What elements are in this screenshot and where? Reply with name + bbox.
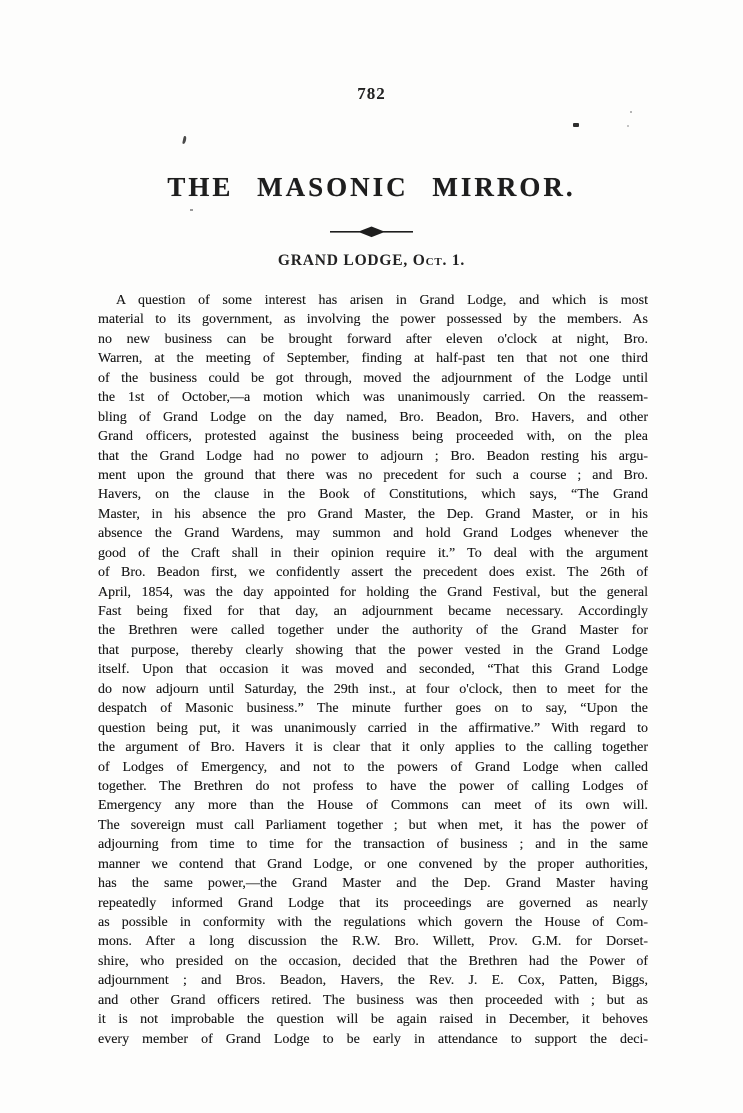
text-line: the argument of Bro. Havers it is clear … — [98, 738, 648, 757]
text-line: adjourning from time to time for the tra… — [98, 835, 648, 854]
text-line: absence the Grand Wardens, may summon an… — [98, 524, 648, 543]
text-line: April, 1854, was the day appointed for h… — [98, 583, 648, 602]
ink-speck — [573, 123, 579, 127]
text-line: that purpose, thereby clearly showing th… — [98, 641, 648, 660]
section-heading: GRAND LODGE, Oct. 1. — [0, 252, 743, 270]
text-line: repeatedly informed Grand Lodge that its… — [98, 894, 648, 913]
text-line: that the Grand Lodge had no power to adj… — [98, 447, 648, 466]
ink-speck — [190, 209, 193, 211]
text-line: together. The Brethren do not profess to… — [98, 777, 648, 796]
text-line: shire, who presided on the occasion, dec… — [98, 952, 648, 971]
ink-speck — [630, 111, 632, 113]
article-body: A question of some interest has arisen i… — [98, 291, 648, 1049]
text-line: Fast being fixed for that day, an adjour… — [98, 602, 648, 621]
text-line: Master, in his absence the pro Grand Mas… — [98, 505, 648, 524]
text-line: has the same power,—the Grand Master and… — [98, 874, 648, 893]
text-line: and other Grand officers retired. The bu… — [98, 991, 648, 1010]
ink-speck — [182, 136, 187, 144]
divider-ornament — [330, 226, 413, 238]
text-line: bling of Grand Lodge on the day named, B… — [98, 408, 648, 427]
text-line: it is not improbable the question will b… — [98, 1010, 648, 1029]
text-line: The sovereign must call Parliament toget… — [98, 816, 648, 835]
text-line: question being put, it was unanimously c… — [98, 719, 648, 738]
text-line: Havers, on the clause in the Book of Con… — [98, 485, 648, 504]
text-line: Emergency any more than the House of Com… — [98, 796, 648, 815]
text-line: manner we contend that Grand Lodge, or o… — [98, 855, 648, 874]
ink-speck — [627, 125, 629, 127]
text-line: of Bro. Beadon first, we confidently ass… — [98, 563, 648, 582]
text-line: the Brethren were called together under … — [98, 621, 648, 640]
publication-title: THE MASONIC MIRROR. — [0, 172, 743, 203]
text-line: the 1st of October,—a motion which was u… — [98, 388, 648, 407]
text-line: every member of Grand Lodge to be early … — [98, 1030, 648, 1049]
text-line: as possible in conformity with the regul… — [98, 913, 648, 932]
text-line: mons. After a long discussion the R.W. B… — [98, 932, 648, 951]
text-line: Grand officers, protested against the bu… — [98, 427, 648, 446]
scanned-document-page: 782 THE MASONIC MIRROR. GRAND LODGE, Oct… — [0, 0, 743, 1113]
text-line: itself. Upon that occasion it was moved … — [98, 660, 648, 679]
text-line: material to its government, as involving… — [98, 310, 648, 329]
page-number: 782 — [0, 84, 743, 104]
text-line: do now adjourn until Saturday, the 29th … — [98, 680, 648, 699]
text-line: despatch of Masonic business.” The minut… — [98, 699, 648, 718]
text-line: A question of some interest has arisen i… — [98, 291, 648, 310]
text-line: Warren, at the meeting of September, fin… — [98, 349, 648, 368]
text-line: of Lodges of Emergency, and not to the p… — [98, 758, 648, 777]
text-line: of the business could be got through, mo… — [98, 369, 648, 388]
text-line: adjournment ; and Bros. Beadon, Havers, … — [98, 971, 648, 990]
text-line: no new business can be brought forward a… — [98, 330, 648, 349]
text-line: good of the Craft shall in their opinion… — [98, 544, 648, 563]
text-line: ment upon the ground that there was no p… — [98, 466, 648, 485]
